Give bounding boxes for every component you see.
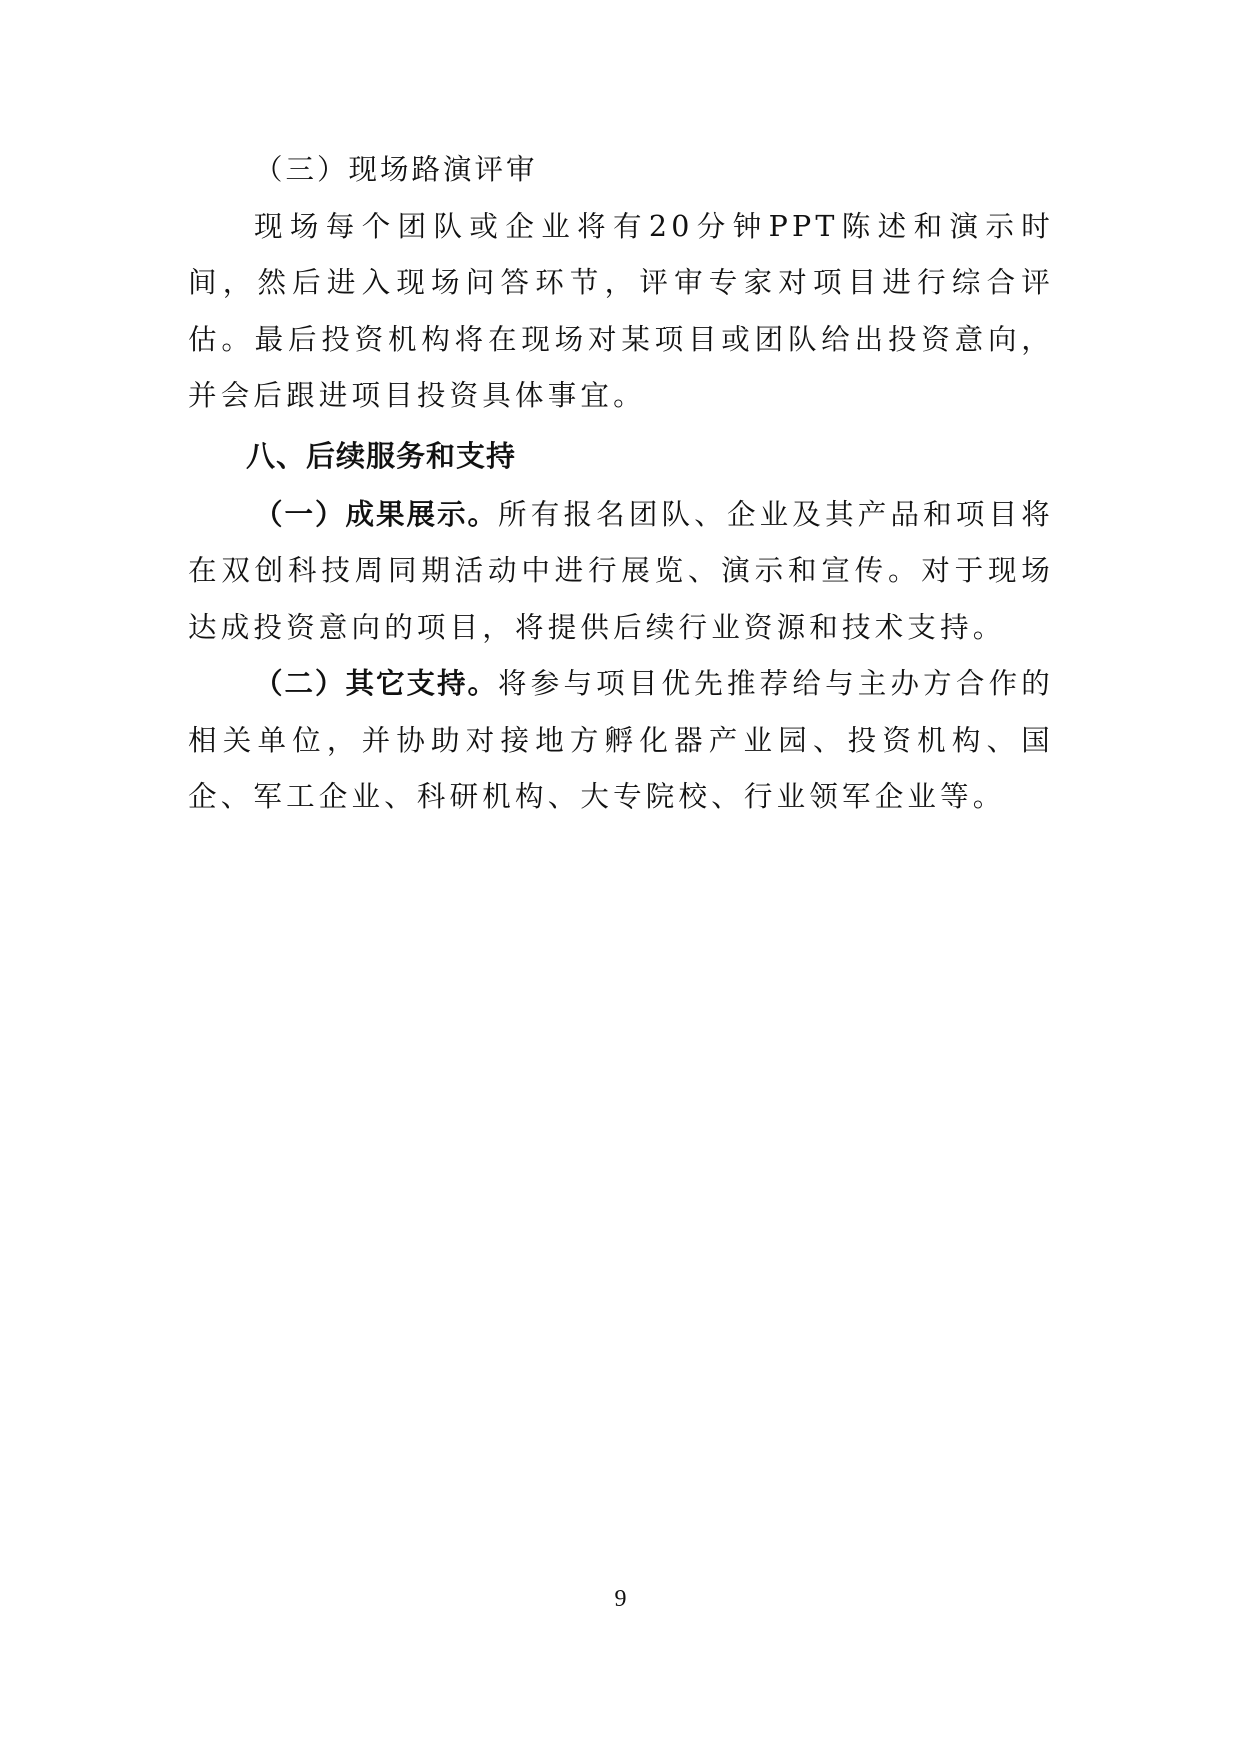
paragraph-other-support: （二）其它支持。将参与项目优先推荐给与主办方合作的相关单位，并协助对接地方孵化器…	[188, 656, 1054, 826]
page-number: 9	[0, 1586, 1241, 1613]
paragraph-achievement-display: （一）成果展示。所有报名团队、企业及其产品和项目将在双创科技周同期活动中进行展览…	[188, 487, 1054, 657]
document-page: （三）现场路演评审 现场每个团队或企业将有20分钟PPT陈述和演示时间，然后进入…	[188, 142, 1054, 826]
section-heading-follow-up-services: 八、后续服务和支持	[188, 425, 1054, 487]
paragraph-roadshow-description: 现场每个团队或企业将有20分钟PPT陈述和演示时间，然后进入现场问答环节，评审专…	[188, 199, 1054, 425]
lead-achievement-display: （一）成果展示。	[254, 498, 498, 531]
sub-heading-roadshow-review: （三）现场路演评审	[188, 142, 1054, 199]
lead-other-support: （二）其它支持。	[254, 667, 498, 700]
